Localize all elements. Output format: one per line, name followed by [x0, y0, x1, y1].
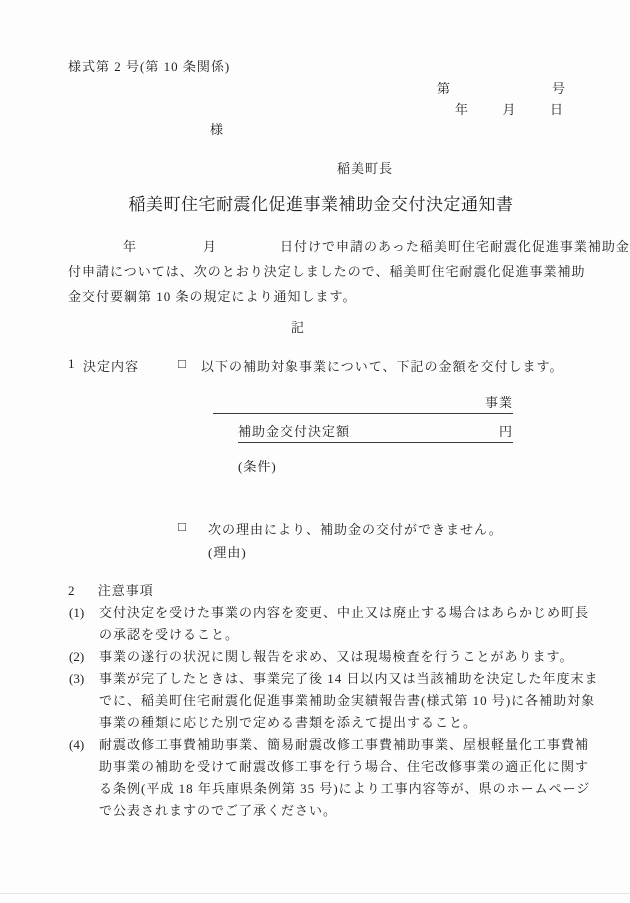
note-line: 事業の遂行の状況に関し報告を求め、又は現場検査を行うことがあります。: [99, 646, 593, 668]
note-line: 助事業の補助を受けて耐震改修工事を行う場合、住宅改修事業の適正化に関す: [99, 756, 593, 778]
date-line: 年 月 日: [455, 99, 564, 118]
reject-option-row: □ 次の理由により、補助金の交付ができません。: [178, 519, 578, 539]
project-suffix-label: 事業: [485, 395, 513, 410]
document-title: 稲美町住宅耐震化促進事業補助金交付決定通知書: [0, 190, 630, 215]
reject-checkbox-icon: □: [178, 519, 187, 535]
amount-unit-label: 円: [499, 421, 513, 442]
reason-label: (理由): [208, 542, 247, 561]
notes-heading: 2 注意事項: [68, 580, 593, 602]
date-month-label: 月: [502, 99, 516, 118]
note-text: 事業が完了したときは、事業完了後 14 日以内又は当該補助を決定した年度末ま で…: [99, 668, 599, 734]
reject-option-text: 次の理由により、補助金の交付ができません。: [208, 519, 503, 538]
decision-section-label: 決定内容: [83, 356, 139, 375]
form-number: 様式第 2 号(第 10 条関係): [68, 56, 230, 75]
note-line: で公表されますのでご了承ください。: [99, 800, 593, 822]
intro-line-3: 金交付要綱第 10 条の規定により通知します。: [68, 284, 583, 309]
note-text: 事業の遂行の状況に関し報告を求め、又は現場検査を行うことがあります。: [99, 646, 593, 668]
condition-label: (条件): [238, 456, 277, 475]
note-marker: (4): [68, 734, 99, 822]
intro-line-1-rest: 日付けで申請のあった稲美町住宅耐震化促進事業補助金交: [280, 239, 630, 254]
note-line: 事業が完了したときは、事業完了後 14 日以内又は当該補助を決定した年度末ま: [99, 668, 599, 690]
date-year-label: 年: [455, 99, 469, 118]
addressee-honorific: 様: [210, 119, 224, 138]
project-blank-line: 事業: [213, 392, 513, 414]
note-marker: (2): [68, 646, 99, 668]
notes-heading-label: 注意事項: [98, 583, 154, 598]
intro-paragraph: 年月日付けで申請のあった稲美町住宅耐震化促進事業補助金交 付申請については、次の…: [68, 234, 583, 309]
decision-section-row: 1 決定内容 □ 以下の補助対象事業について、下記の金額を交付します。: [68, 356, 608, 376]
note-line: る条例(平成 18 年兵庫県条例第 35 号)により工事内容等が、県のホームペー…: [99, 778, 593, 800]
grant-option-text: 以下の補助対象事業について、下記の金額を交付します。: [201, 356, 563, 375]
note-item-4: (4) 耐震改修工事費補助事業、簡易耐震改修工事費補助事業、屋根軽量化工事費補 …: [68, 734, 593, 822]
grant-checkbox-icon: □: [178, 356, 187, 372]
date-day-label: 日: [550, 99, 564, 118]
amount-label: 補助金交付決定額: [238, 421, 350, 442]
document-number-line: 第 号: [437, 78, 566, 97]
note-line: でに、稲美町住宅耐震化促進事業補助金実績報告書(様式第 10 号)に各補助対象: [99, 690, 599, 712]
note-item-3: (3) 事業が完了したときは、事業完了後 14 日以内又は当該補助を決定した年度…: [68, 668, 593, 734]
decision-section-number: 1: [68, 356, 76, 372]
doc-number-suffix: 号: [552, 78, 566, 97]
note-line: の承認を受けること。: [99, 624, 593, 646]
note-line: 事業の種類に応じた別で定める書類を添えて提出すること。: [99, 712, 599, 734]
intro-line-2: 付申請については、次のとおり決定しましたので、稲美町住宅耐震化促進事業補助: [68, 259, 583, 284]
note-line: 交付決定を受けた事業の内容を変更、中止又は廃止する場合はあらかじめ町長: [99, 602, 593, 624]
document-page: 様式第 2 号(第 10 条関係) 第 号 年 月 日 様 稲美町長 稲美町住宅…: [0, 0, 630, 903]
doc-number-prefix: 第: [437, 78, 451, 97]
note-text: 交付決定を受けた事業の内容を変更、中止又は廃止する場合はあらかじめ町長 の承認を…: [99, 602, 593, 646]
intro-month-label: 月: [203, 239, 217, 254]
note-line: 耐震改修工事費補助事業、簡易耐震改修工事費補助事業、屋根軽量化工事費補: [99, 734, 593, 756]
note-text: 耐震改修工事費補助事業、簡易耐震改修工事費補助事業、屋根軽量化工事費補 助事業の…: [99, 734, 593, 822]
note-marker: (1): [68, 602, 99, 646]
intro-line-1: 年月日付けで申請のあった稲美町住宅耐震化促進事業補助金交: [68, 234, 583, 259]
sender-name: 稲美町長: [337, 158, 393, 177]
amount-blank-line: 補助金交付決定額 円: [238, 421, 513, 443]
note-item-1: (1) 交付決定を受けた事業の内容を変更、中止又は廃止する場合はあらかじめ町長 …: [68, 602, 593, 646]
intro-year-label: 年: [123, 239, 137, 254]
page-bottom-edge: [0, 893, 630, 894]
note-marker: (3): [68, 668, 99, 734]
notes-section-number: 2: [68, 583, 76, 598]
ki-marker: 記: [0, 317, 596, 336]
notes-section: 2 注意事項 (1) 交付決定を受けた事業の内容を変更、中止又は廃止する場合はあ…: [68, 580, 593, 822]
note-item-2: (2) 事業の遂行の状況に関し報告を求め、又は現場検査を行うことがあります。: [68, 646, 593, 668]
